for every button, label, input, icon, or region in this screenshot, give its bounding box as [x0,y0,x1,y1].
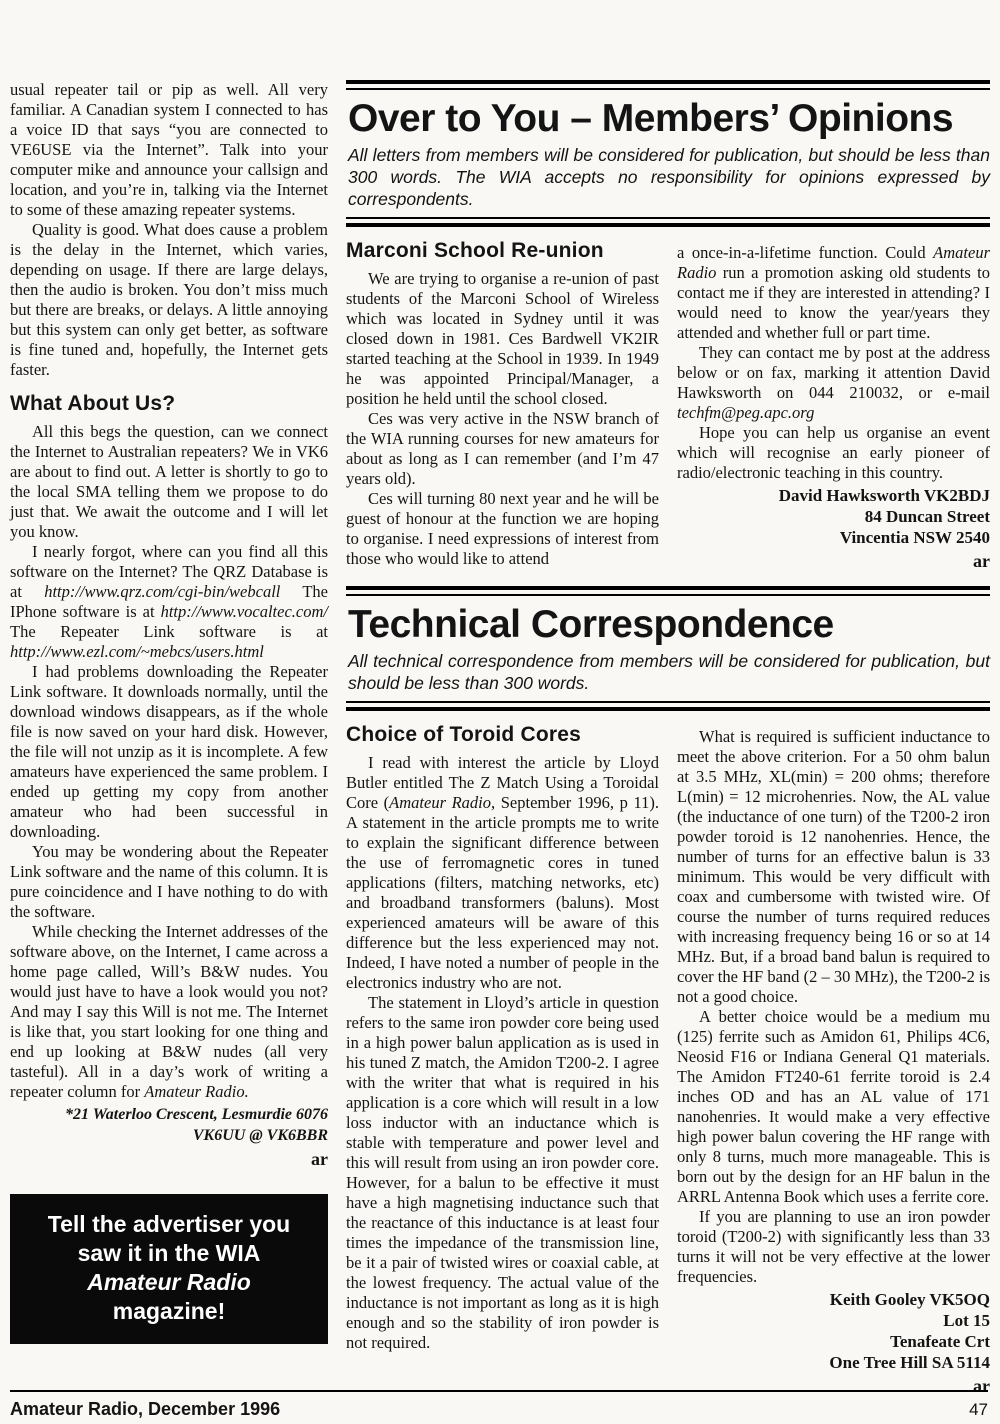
article-end-mark: ar [10,1148,328,1170]
paragraph: Ces will turning 80 next year and he wil… [346,489,659,569]
signature-address: 84 Duncan Street [677,506,990,527]
author-signature: *21 Waterloo Crescent, Lesmurdie 6076 VK… [10,1104,328,1146]
paragraph: All this begs the question, can we conne… [10,422,328,542]
right-region: Over to You – Members’ Opinions All lett… [346,80,990,1397]
signature-address: One Tree Hill SA 5114 [677,1352,990,1373]
paragraph: Quality is good. What does cause a probl… [10,220,328,380]
double-rule [346,586,990,596]
magazine-page: usual repeater tail or pip as well. All … [0,0,1000,1424]
article-columns: Choice of Toroid Cores I read with inter… [346,721,990,1397]
article-end-mark: ar [677,550,990,572]
footer-magazine-title: Amateur Radio, December 1996 [10,1399,280,1420]
section-technical-correspondence: Technical Correspondence All technical c… [346,586,990,1397]
paragraph: I read with interest the article by Lloy… [346,753,659,993]
paragraph: What is required is sufficient inductanc… [677,727,990,1007]
footer-page-number: 47 [969,1400,988,1420]
double-rule [346,701,990,711]
paragraph: usual repeater tail or pip as well. All … [10,80,328,220]
article-column-right: What is required is sufficient inductanc… [677,721,990,1397]
article-columns: Marconi School Re-union We are trying to… [346,237,990,572]
signature-name: David Hawksworth VK2BDJ [677,485,990,506]
advert-box: Tell the advertiser you saw it in the WI… [10,1194,328,1344]
signature-address: *21 Waterloo Crescent, Lesmurdie 6076 [10,1104,328,1125]
signature-address: Tenafeate Crt [677,1331,990,1352]
paragraph: Ces was very active in the NSW branch of… [346,409,659,489]
letter-heading-marconi: Marconi School Re-union [346,239,659,263]
double-rule [346,80,990,90]
section-over-to-you: Over to You – Members’ Opinions All lett… [346,80,990,572]
signature-address: Lot 15 [677,1310,990,1331]
paragraph: While checking the Internet addresses of… [10,922,328,1102]
paragraph: I nearly forgot, where can you find all … [10,542,328,662]
page-footer: Amateur Radio, December 1996 47 [10,1390,988,1420]
paragraph: a once-in-a-lifetime function. Could Ama… [677,243,990,343]
section-heading-what-about-us: What About Us? [10,392,328,416]
advert-magazine-name: Amateur Radio [16,1268,322,1297]
article-column-left: Marconi School Re-union We are trying to… [346,237,659,572]
section-title-over-to-you: Over to You – Members’ Opinions [348,97,990,141]
advert-line: magazine! [16,1297,322,1326]
paragraph: The statement in Lloyd’s article in ques… [346,993,659,1353]
letter-heading-toroid: Choice of Toroid Cores [346,723,659,747]
signature-address: Vincentia NSW 2540 [677,527,990,548]
section-intro: All technical correspondence from member… [348,650,990,694]
paragraph: Hope you can help us organise an event w… [677,423,990,483]
article-column-right: a once-in-a-lifetime function. Could Ama… [677,237,990,572]
signature-name: Keith Gooley VK5OQ [677,1289,990,1310]
signature-callsign: VK6UU @ VK6BBR [10,1125,328,1146]
section-intro: All letters from members will be conside… [348,144,990,210]
paragraph: I had problems downloading the Repeater … [10,662,328,842]
author-signature: Keith Gooley VK5OQ Lot 15 Tenafeate Crt … [677,1289,990,1373]
section-title-technical-correspondence: Technical Correspondence [348,603,990,647]
paragraph: They can contact me by post at the addre… [677,343,990,423]
paragraph: If you are planning to use an iron powde… [677,1207,990,1287]
article-column-left: Choice of Toroid Cores I read with inter… [346,721,659,1397]
left-column: usual repeater tail or pip as well. All … [10,80,328,1344]
paragraph: We are trying to organise a re-union of … [346,269,659,409]
advert-line: Tell the advertiser you [16,1210,322,1239]
double-rule [346,217,990,227]
advert-line: saw it in the WIA [16,1239,322,1268]
paragraph: A better choice would be a medium mu (12… [677,1007,990,1207]
paragraph: You may be wondering about the Repeater … [10,842,328,922]
author-signature: David Hawksworth VK2BDJ 84 Duncan Street… [677,485,990,548]
